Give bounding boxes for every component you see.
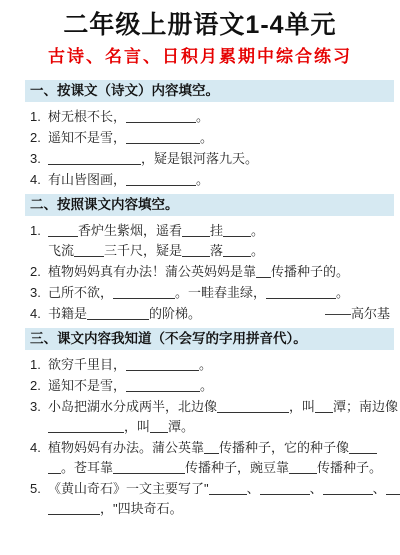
exercise-item: 5.《黄山奇石》一文主要写了"、、、，"四块奇石。 bbox=[30, 479, 394, 519]
item-number: 1. bbox=[30, 355, 48, 375]
item-text: ，叫 bbox=[124, 419, 150, 434]
item-body: 植物妈妈有办法。蒲公英靠传播种子，它的种子像。苍耳靠传播种子，豌豆靠传播种子。 bbox=[48, 438, 394, 478]
fill-blank bbox=[113, 461, 185, 474]
item-text: 。 bbox=[251, 243, 264, 258]
exercise-item: 1.树无根不长，。 bbox=[30, 107, 394, 127]
exercise-item: 1.香炉生紫烟，遥看挂。飞流三千尺，疑是落。 bbox=[30, 221, 394, 261]
item-text: 三千尺，疑是 bbox=[104, 243, 182, 258]
item-body: 植物妈妈真有办法！蒲公英妈妈是靠传播种子的。 bbox=[48, 262, 394, 282]
fill-blank bbox=[182, 224, 210, 237]
item-text: 传播种子。 bbox=[317, 460, 382, 475]
fill-blank bbox=[126, 110, 196, 123]
item-text: 潭。 bbox=[168, 419, 194, 434]
fill-blank bbox=[260, 482, 310, 495]
item-text: 书籍是 bbox=[48, 306, 87, 321]
item-number: 1. bbox=[30, 221, 48, 261]
item-text: ，叫 bbox=[289, 399, 315, 414]
item-number: 4. bbox=[30, 170, 48, 190]
page-title: 二年级上册语文1-4单元 bbox=[0, 9, 400, 41]
section: 三、课文内容我知道（不会写的字用拼音代）。1.欲穷千里目，。2.遥知不是雪，。3… bbox=[25, 328, 394, 519]
item-text: 的阶梯。 bbox=[149, 306, 201, 321]
fill-blank bbox=[204, 441, 219, 454]
fill-blank bbox=[87, 307, 149, 320]
item-body: 欲穷千里目，。 bbox=[48, 355, 394, 375]
item-line: 有山皆图画，。 bbox=[48, 170, 394, 190]
fill-blank bbox=[48, 152, 141, 165]
item-text: 传播种子的。 bbox=[271, 264, 349, 279]
item-number: 2. bbox=[30, 376, 48, 396]
fill-blank bbox=[223, 244, 251, 257]
item-number: 2. bbox=[30, 262, 48, 282]
fill-blank bbox=[48, 461, 61, 474]
item-text: 、 bbox=[247, 481, 260, 496]
item-body: 树无根不长，。 bbox=[48, 107, 394, 127]
page-subtitle: 古诗、名言、日积月累期中综合练习 bbox=[0, 46, 400, 67]
item-text: 香炉生紫烟，遥看 bbox=[78, 223, 182, 238]
item-number: 3. bbox=[30, 283, 48, 303]
item-text: ，"四块奇石。 bbox=[100, 501, 183, 516]
section-heading: 二、按照课文内容填空。 bbox=[25, 194, 394, 216]
fill-blank bbox=[126, 173, 196, 186]
fill-blank bbox=[48, 224, 78, 237]
exercise-item: 1.欲穷千里目，。 bbox=[30, 355, 394, 375]
exercise-item: 3.小岛把湖水分成两半，北边像，叫潭；南边像，叫潭。 bbox=[30, 397, 394, 437]
item-line: ，叫潭。 bbox=[48, 417, 394, 437]
item-line: 小岛把湖水分成两半，北边像，叫潭；南边像 bbox=[48, 397, 394, 417]
fill-blank bbox=[126, 379, 200, 392]
item-text: 欲穷千里目， bbox=[48, 357, 126, 372]
item-line: 植物妈妈真有办法！蒲公英妈妈是靠传播种子的。 bbox=[48, 262, 394, 282]
item-text: 。 bbox=[251, 223, 264, 238]
fill-blank bbox=[289, 461, 317, 474]
item-text: 有山皆图画， bbox=[48, 172, 126, 187]
item-text: 。苍耳靠 bbox=[61, 460, 113, 475]
item-body: 小岛把湖水分成两半，北边像，叫潭；南边像，叫潭。 bbox=[48, 397, 394, 437]
item-number: 1. bbox=[30, 107, 48, 127]
exercise-item: 2.植物妈妈真有办法！蒲公英妈妈是靠传播种子的。 bbox=[30, 262, 394, 282]
fill-blank bbox=[315, 400, 333, 413]
item-line: ，疑是银河落九天。 bbox=[48, 149, 394, 169]
worksheet-page: 二年级上册语文1-4单元 古诗、名言、日积月累期中综合练习 一、按课文（诗文）内… bbox=[0, 0, 400, 555]
attribution: ——高尔基 bbox=[325, 304, 394, 324]
fill-blank bbox=[74, 244, 104, 257]
item-text: 。 bbox=[336, 285, 349, 300]
item-text: 树无根不长， bbox=[48, 109, 126, 124]
exercise-item: 4.——高尔基书籍是的阶梯。 bbox=[30, 304, 394, 324]
item-body: ，疑是银河落九天。 bbox=[48, 149, 394, 169]
item-text: 遥知不是雪， bbox=[48, 378, 126, 393]
item-number: 4. bbox=[30, 438, 48, 478]
fill-blank bbox=[386, 482, 400, 495]
item-body: 己所不欲，。一畦春韭绿，。 bbox=[48, 283, 394, 303]
item-text: 飞流 bbox=[48, 243, 74, 258]
page-header: 二年级上册语文1-4单元 古诗、名言、日积月累期中综合练习 bbox=[0, 0, 400, 67]
fill-blank bbox=[126, 358, 199, 371]
fill-blank bbox=[323, 482, 373, 495]
fill-blank bbox=[126, 131, 200, 144]
fill-blank bbox=[150, 420, 168, 433]
item-text: 落 bbox=[210, 243, 223, 258]
item-text: 《黄山奇石》一文主要写了" bbox=[48, 481, 209, 496]
item-text: 挂 bbox=[210, 223, 223, 238]
item-text: 传播种子，它的种子像 bbox=[219, 440, 349, 455]
item-line: ——高尔基书籍是的阶梯。 bbox=[48, 304, 394, 324]
item-text: 遥知不是雪， bbox=[48, 130, 126, 145]
item-line: 己所不欲，。一畦春韭绿，。 bbox=[48, 283, 394, 303]
item-text: 。 bbox=[196, 172, 209, 187]
fill-blank bbox=[266, 286, 336, 299]
item-line: ，"四块奇石。 bbox=[48, 499, 394, 519]
item-body: 《黄山奇石》一文主要写了"、、、，"四块奇石。 bbox=[48, 479, 394, 519]
item-text: 、 bbox=[373, 481, 386, 496]
exercise-item: 3.己所不欲，。一畦春韭绿，。 bbox=[30, 283, 394, 303]
item-line: 飞流三千尺，疑是落。 bbox=[48, 241, 394, 261]
item-body: 有山皆图画，。 bbox=[48, 170, 394, 190]
item-line: 遥知不是雪，。 bbox=[48, 376, 394, 396]
item-line: 遥知不是雪，。 bbox=[48, 128, 394, 148]
item-text: 。 bbox=[196, 109, 209, 124]
fill-blank bbox=[113, 286, 175, 299]
exercise-item: 4.有山皆图画，。 bbox=[30, 170, 394, 190]
section-heading: 一、按课文（诗文）内容填空。 bbox=[25, 80, 394, 102]
item-text: 潭；南边像 bbox=[333, 399, 398, 414]
exercise-item: 4.植物妈妈有办法。蒲公英靠传播种子，它的种子像。苍耳靠传播种子，豌豆靠传播种子… bbox=[30, 438, 394, 478]
item-number: 4. bbox=[30, 304, 48, 324]
section-heading: 三、课文内容我知道（不会写的字用拼音代）。 bbox=[25, 328, 394, 350]
item-line: 《黄山奇石》一文主要写了"、、、 bbox=[48, 479, 394, 499]
item-number: 3. bbox=[30, 397, 48, 437]
item-text: 己所不欲， bbox=[48, 285, 113, 300]
sections-container: 一、按课文（诗文）内容填空。1.树无根不长，。2.遥知不是雪，。3.，疑是银河落… bbox=[0, 67, 400, 519]
fill-blank bbox=[48, 420, 124, 433]
item-text: 。 bbox=[200, 378, 213, 393]
item-text: ，疑是银河落九天。 bbox=[141, 151, 258, 166]
item-text: 植物妈妈有办法。蒲公英靠 bbox=[48, 440, 204, 455]
item-text: 传播种子，豌豆靠 bbox=[185, 460, 289, 475]
item-line: 。苍耳靠传播种子，豌豆靠传播种子。 bbox=[48, 458, 394, 478]
item-body: 遥知不是雪，。 bbox=[48, 376, 394, 396]
item-body: ——高尔基书籍是的阶梯。 bbox=[48, 304, 394, 324]
item-text: 。 bbox=[199, 357, 212, 372]
item-text: 。 bbox=[200, 130, 213, 145]
item-number: 3. bbox=[30, 149, 48, 169]
fill-blank bbox=[349, 441, 377, 454]
fill-blank bbox=[48, 502, 100, 515]
item-line: 欲穷千里目，。 bbox=[48, 355, 394, 375]
section: 一、按课文（诗文）内容填空。1.树无根不长，。2.遥知不是雪，。3.，疑是银河落… bbox=[25, 80, 394, 190]
item-number: 2. bbox=[30, 128, 48, 148]
item-text: 。一畦春韭绿， bbox=[175, 285, 266, 300]
item-body: 香炉生紫烟，遥看挂。飞流三千尺，疑是落。 bbox=[48, 221, 394, 261]
item-text: 、 bbox=[310, 481, 323, 496]
fill-blank bbox=[182, 244, 210, 257]
exercise-item: 2.遥知不是雪，。 bbox=[30, 128, 394, 148]
item-text: 植物妈妈真有办法！蒲公英妈妈是靠 bbox=[48, 264, 256, 279]
fill-blank bbox=[209, 482, 247, 495]
item-number: 5. bbox=[30, 479, 48, 519]
exercise-item: 3.，疑是银河落九天。 bbox=[30, 149, 394, 169]
exercise-item: 2.遥知不是雪，。 bbox=[30, 376, 394, 396]
item-line: 香炉生紫烟，遥看挂。 bbox=[48, 221, 394, 241]
item-text: 小岛把湖水分成两半，北边像 bbox=[48, 399, 217, 414]
fill-blank bbox=[223, 224, 251, 237]
fill-blank bbox=[217, 400, 289, 413]
item-line: 植物妈妈有办法。蒲公英靠传播种子，它的种子像 bbox=[48, 438, 394, 458]
section: 二、按照课文内容填空。1.香炉生紫烟，遥看挂。飞流三千尺，疑是落。2.植物妈妈真… bbox=[25, 194, 394, 324]
item-line: 树无根不长，。 bbox=[48, 107, 394, 127]
item-body: 遥知不是雪，。 bbox=[48, 128, 394, 148]
fill-blank bbox=[256, 265, 271, 278]
